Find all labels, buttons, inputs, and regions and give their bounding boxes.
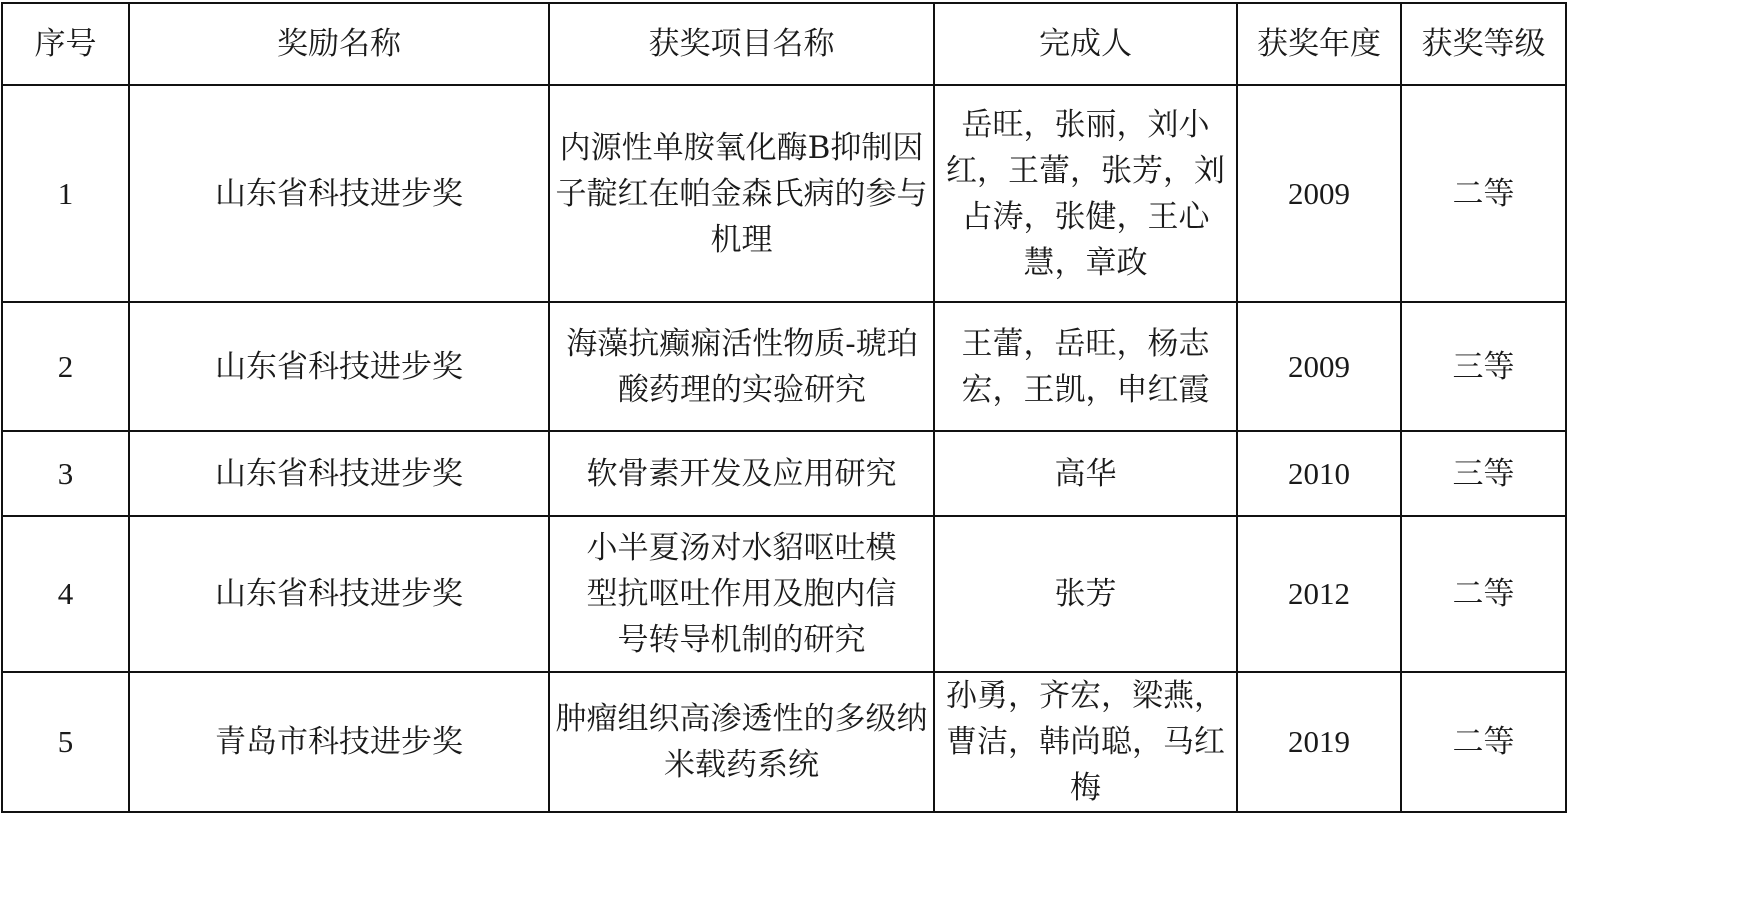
header-index: 序号 [2,3,129,85]
cell-level: 三等 [1401,431,1566,516]
table-row: 5 青岛市科技进步奖 肿瘤组织高渗透性的多级纳米载药系统 孙勇，齐宏，梁燕，曹洁… [2,672,1566,812]
cell-year: 2009 [1237,302,1401,431]
cell-index: 1 [2,85,129,302]
cell-index: 2 [2,302,129,431]
cell-award-name: 青岛市科技进步奖 [129,672,549,812]
header-contributors: 完成人 [934,3,1237,85]
cell-award-name: 山东省科技进步奖 [129,516,549,672]
header-award-name: 奖励名称 [129,3,549,85]
cell-year: 2012 [1237,516,1401,672]
cell-award-name: 山东省科技进步奖 [129,85,549,302]
cell-project-name: 小半夏汤对水貂呕吐模型抗呕吐作用及胞内信号转导机制的研究 [549,516,934,672]
contributors-text: 岳旺，张丽，刘小红，王蕾，张芳，刘占涛，张健，王心慧，章政 [946,102,1226,286]
cell-award-name: 山东省科技进步奖 [129,302,549,431]
cell-level: 二等 [1401,85,1566,302]
awards-table: 序号 奖励名称 获奖项目名称 完成人 获奖年度 获奖等级 1 山东省科技进步奖 … [1,2,1567,813]
cell-project-name: 软骨素开发及应用研究 [549,431,934,516]
table-row: 2 山东省科技进步奖 海藻抗癫痫活性物质-琥珀酸药理的实验研究 王蕾，岳旺，杨志… [2,302,1566,431]
header-level: 获奖等级 [1401,3,1566,85]
cell-contributors: 岳旺，张丽，刘小红，王蕾，张芳，刘占涛，张健，王心慧，章政 [934,85,1237,302]
table-row: 1 山东省科技进步奖 内源性单胺氧化酶B抑制因子靛红在帕金森氏病的参与机理 岳旺… [2,85,1566,302]
cell-year: 2010 [1237,431,1401,516]
header-project-name: 获奖项目名称 [549,3,934,85]
contributors-text: 王蕾，岳旺，杨志宏，王凯，申红霞 [946,321,1226,413]
cell-project-name: 肿瘤组织高渗透性的多级纳米载药系统 [549,672,934,812]
cell-award-name: 山东省科技进步奖 [129,431,549,516]
cell-project-name: 内源性单胺氧化酶B抑制因子靛红在帕金森氏病的参与机理 [549,85,934,302]
header-year: 获奖年度 [1237,3,1401,85]
cell-index: 5 [2,672,129,812]
cell-index: 4 [2,516,129,672]
project-name-text: 肿瘤组织高渗透性的多级纳米载药系统 [556,696,928,788]
cell-contributors: 王蕾，岳旺，杨志宏，王凯，申红霞 [934,302,1237,431]
project-name-text: 海藻抗癫痫活性物质-琥珀酸药理的实验研究 [552,321,932,413]
cell-level: 二等 [1401,516,1566,672]
table-row: 4 山东省科技进步奖 小半夏汤对水貂呕吐模型抗呕吐作用及胞内信号转导机制的研究 … [2,516,1566,672]
contributors-text: 孙勇，齐宏，梁燕，曹洁，韩尚聪，马红梅 [940,673,1232,811]
cell-level: 二等 [1401,672,1566,812]
table-header-row: 序号 奖励名称 获奖项目名称 完成人 获奖年度 获奖等级 [2,3,1566,85]
project-name-text: 小半夏汤对水貂呕吐模型抗呕吐作用及胞内信号转导机制的研究 [572,525,912,663]
cell-contributors: 张芳 [934,516,1237,672]
cell-year: 2009 [1237,85,1401,302]
cell-year: 2019 [1237,672,1401,812]
cell-index: 3 [2,431,129,516]
cell-project-name: 海藻抗癫痫活性物质-琥珀酸药理的实验研究 [549,302,934,431]
table-row: 3 山东省科技进步奖 软骨素开发及应用研究 高华 2010 三等 [2,431,1566,516]
cell-contributors: 高华 [934,431,1237,516]
cell-contributors: 孙勇，齐宏，梁燕，曹洁，韩尚聪，马红梅 [934,672,1237,812]
cell-level: 三等 [1401,302,1566,431]
project-name-text: 内源性单胺氧化酶B抑制因子靛红在帕金森氏病的参与机理 [556,125,928,263]
